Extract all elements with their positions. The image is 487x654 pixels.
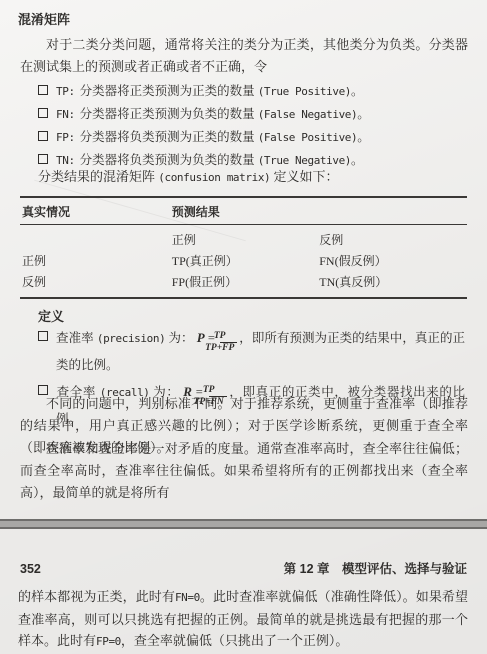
def-en: (precision)	[97, 332, 165, 345]
inline-code-fn0: FN=0	[175, 591, 200, 604]
metric-abbr: FP:	[56, 131, 75, 144]
definition-heading: 定义	[38, 306, 64, 325]
scanned-book-page: 混淆矩阵 对于二类分类问题，通常将关注的类分为正类，其他类分为负类。分类器在测试…	[0, 0, 487, 654]
metric-en: (False Negative)	[258, 108, 358, 121]
formula-symbol: P	[197, 330, 205, 345]
list-item-precision: 查准率 (precision) 为： P = TPTP+FP，即所有预测为正类的…	[38, 327, 465, 376]
square-bullet-icon	[38, 131, 48, 141]
page-scan-divider	[0, 519, 487, 529]
square-bullet-icon	[38, 85, 48, 95]
metric-period: 。	[357, 130, 370, 144]
fraction-denominator: TP+FP	[220, 343, 237, 354]
next-page-paragraph: 的样本都视为正类，此时有FN=0。此时查准率就偏低（准确性降低）。如果希望查准率…	[18, 586, 468, 653]
def-name: 查准率	[56, 331, 94, 345]
chapter-title: 第 12 章 模型评估、选择与验证	[284, 559, 467, 577]
empty-cell	[20, 225, 170, 251]
table-header-row: 真实情况 预测结果	[20, 197, 467, 225]
subheader-negative: 反例	[317, 225, 467, 251]
square-bullet-icon	[38, 108, 48, 118]
header-predicted: 预测结果	[170, 197, 467, 225]
matrix-intro-line: 分类结果的混淆矩阵 (confusion matrix) 定义如下：	[38, 166, 467, 189]
metric-en: (True Positive)	[258, 85, 351, 98]
metric-abbr: FN:	[56, 108, 75, 121]
table-subheader-row: 正例 反例	[20, 225, 467, 251]
next-para-segment: 的样本都视为正类，此时有	[18, 589, 175, 604]
metric-abbr: TP:	[56, 85, 75, 98]
list-item-tp: TP:分类器将正类预测为正类的数量(True Positive)。	[38, 80, 467, 103]
metric-period: 。	[351, 153, 364, 167]
metric-text: 分类器将正类预测为正类的数量	[80, 84, 255, 98]
metric-definition-list: TP:分类器将正类预测为正类的数量(True Positive)。 FN:分类器…	[38, 80, 467, 172]
table-row: 正例 TP(真正例） FN(假反例）	[20, 250, 467, 271]
fraction: TPTP+FP	[220, 331, 237, 354]
list-item-fp: FP:分类器将负类预测为正类的数量(False Positive)。	[38, 126, 467, 149]
metric-en: (False Positive)	[258, 131, 358, 144]
intro-paragraph: 对于二类分类问题，通常将关注的类分为正类，其他类分为负类。分类器在测试集上的预测…	[20, 34, 468, 78]
matrix-intro-pre: 分类结果的混淆矩阵	[38, 169, 155, 184]
cell-tn: TN(真反例）	[317, 271, 467, 298]
cell-fn: FN(假反例）	[317, 250, 467, 271]
metric-period: 。	[357, 107, 370, 121]
metric-period: 。	[351, 84, 364, 98]
square-bullet-icon	[38, 331, 48, 341]
matrix-intro-en: (confusion matrix)	[158, 171, 270, 184]
header-actual: 真实情况	[20, 197, 170, 225]
fraction-numerator: TP	[220, 331, 237, 343]
subheader-positive: 正例	[170, 225, 318, 251]
cell-fp: FP(假正例）	[170, 271, 318, 298]
def-mid: 为：	[168, 331, 193, 345]
inline-code-fp0: FP=0	[96, 635, 121, 648]
body-paragraph: 查准率和查全率是一对矛盾的度量。通常查准率高时，查全率往往偏低；而查全率高时，查…	[20, 438, 468, 504]
metric-text: 分类器将负类预测为正类的数量	[80, 130, 255, 144]
matrix-intro-post: 定义如下：	[274, 169, 339, 184]
metric-text: 分类器将负类预测为负类的数量	[80, 153, 255, 167]
row-label: 正例	[20, 250, 170, 271]
table-row: 反例 FP(假正例） TN(真反例）	[20, 271, 467, 298]
square-bullet-icon	[38, 154, 48, 164]
row-label: 反例	[20, 271, 170, 298]
section-title: 混淆矩阵	[18, 9, 70, 28]
page-footer: 352 第 12 章 模型评估、选择与验证	[20, 559, 467, 577]
list-item-fn: FN:分类器将正类预测为负类的数量(False Negative)。	[38, 103, 467, 126]
confusion-matrix-table: 真实情况 预测结果 正例 反例 正例 TP(真正例） FN(假反例） 反例 FP…	[20, 196, 467, 299]
cell-tp: TP(真正例）	[170, 250, 318, 271]
metric-text: 分类器将正类预测为负类的数量	[80, 107, 255, 121]
next-para-segment: ，查全率就偏低（只挑出了一个正例）。	[121, 633, 349, 648]
page-number: 352	[20, 562, 41, 576]
